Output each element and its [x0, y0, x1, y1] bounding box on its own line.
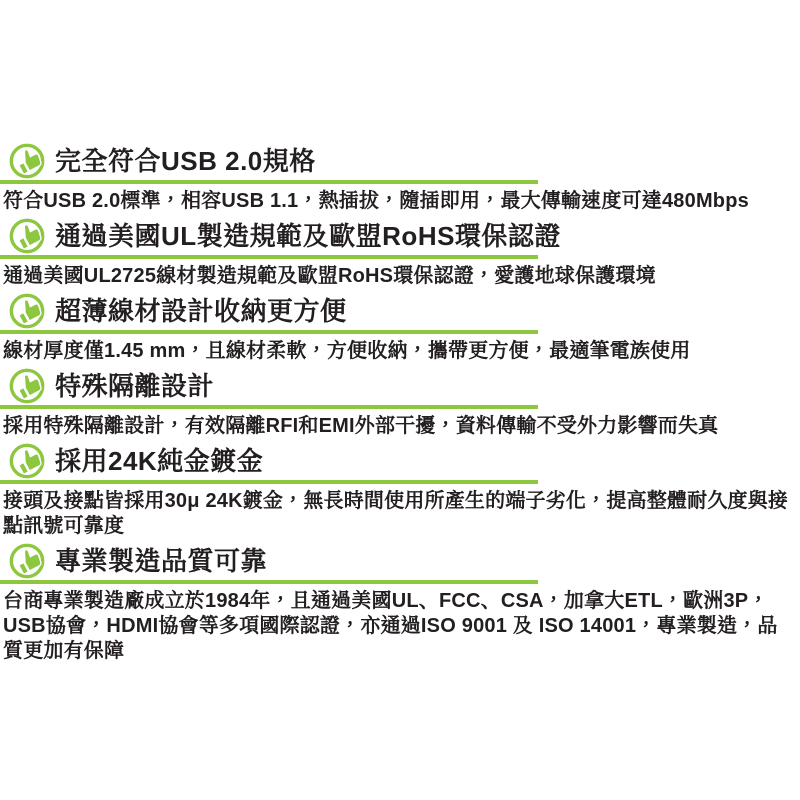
feature-section-certifications: 通過美國UL製造規範及歐盟RoHS環保認證 通過美國UL2725線材製造規範及歐… [0, 217, 800, 289]
feature-header: 採用24K純金鍍金 [0, 442, 800, 480]
feature-description: 採用特殊隔離設計，有效隔離RFI和EMI外部干擾，資料傳輸不受外力影響而失真 [3, 414, 796, 439]
feature-section-manufacturing: 專業製造品質可靠 台商專業製造廠成立於1984年，且通過美國UL、FCC、CSA… [0, 542, 800, 664]
thumbs-up-icon [8, 542, 46, 580]
feature-title: 專業製造品質可靠 [55, 542, 267, 580]
green-underline [0, 405, 538, 409]
thumbs-up-icon [8, 367, 46, 405]
green-underline [0, 255, 538, 259]
green-underline [0, 330, 538, 334]
product-feature-sheet: 完全符合USB 2.0規格 符合USB 2.0標準，相容USB 1.1，熱插拔，… [0, 0, 800, 664]
feature-header: 通過美國UL製造規範及歐盟RoHS環保認證 [0, 217, 800, 255]
feature-section-shielding: 特殊隔離設計 採用特殊隔離設計，有效隔離RFI和EMI外部干擾，資料傳輸不受外力… [0, 367, 800, 439]
feature-description: 符合USB 2.0標準，相容USB 1.1，熱插拔，隨插即用，最大傳輸速度可達4… [3, 189, 796, 214]
feature-title: 採用24K純金鍍金 [55, 442, 263, 480]
thumbs-up-icon [8, 217, 46, 255]
feature-header: 特殊隔離設計 [0, 367, 800, 405]
feature-section-slim-cable: 超薄線材設計收納更方便 線材厚度僅1.45 mm，且線材柔軟，方便收納，攜帶更方… [0, 292, 800, 364]
feature-description: 接頭及接點皆採用30μ 24K鍍金，無長時間使用所產生的端子劣化，提高整體耐久度… [3, 489, 796, 539]
feature-section-gold-plating: 採用24K純金鍍金 接頭及接點皆採用30μ 24K鍍金，無長時間使用所產生的端子… [0, 442, 800, 539]
green-underline [0, 480, 538, 484]
thumbs-up-icon [8, 292, 46, 330]
green-underline [0, 580, 538, 584]
feature-header: 專業製造品質可靠 [0, 542, 800, 580]
feature-header: 完全符合USB 2.0規格 [0, 142, 800, 180]
feature-description: 通過美國UL2725線材製造規範及歐盟RoHS環保認證，愛護地球保護環境 [3, 264, 796, 289]
feature-title: 特殊隔離設計 [55, 367, 214, 405]
thumbs-up-icon [8, 142, 46, 180]
feature-title: 通過美國UL製造規範及歐盟RoHS環保認證 [55, 217, 561, 255]
feature-header: 超薄線材設計收納更方便 [0, 292, 800, 330]
feature-title: 完全符合USB 2.0規格 [55, 142, 316, 180]
feature-description: 線材厚度僅1.45 mm，且線材柔軟，方便收納，攜帶更方便，最適筆電族使用 [3, 339, 796, 364]
green-underline [0, 180, 538, 184]
thumbs-up-icon [8, 442, 46, 480]
feature-title: 超薄線材設計收納更方便 [55, 292, 347, 330]
feature-section-usb-spec: 完全符合USB 2.0規格 符合USB 2.0標準，相容USB 1.1，熱插拔，… [0, 142, 800, 214]
feature-description: 台商專業製造廠成立於1984年，且通過美國UL、FCC、CSA，加拿大ETL，歐… [3, 589, 796, 664]
